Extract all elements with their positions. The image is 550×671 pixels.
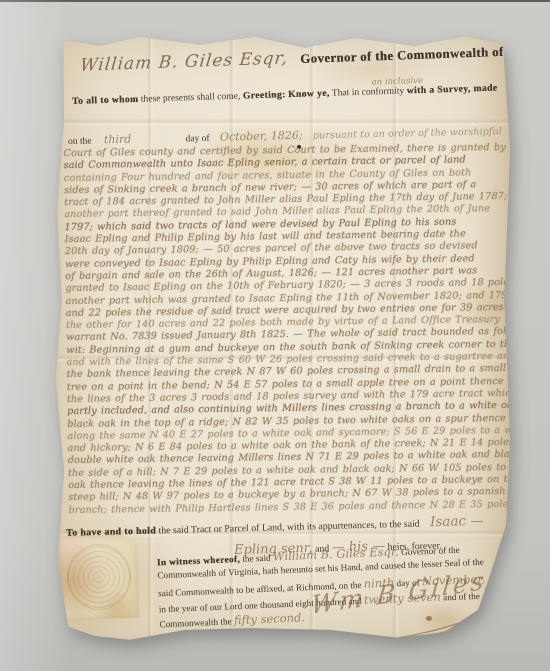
date-print: on the [68, 137, 92, 148]
document-content: William B. Giles Esqr,Governor of the Co… [54, 32, 512, 644]
metes-and-bounds-text: Court of Giles county and certified by s… [63, 142, 506, 517]
survey-month-hand: October, 1826; [220, 129, 303, 144]
date-print: day of [186, 134, 210, 145]
governor-name-script: William B. Giles Esqr, [79, 48, 289, 75]
interlineation-note: an inclusive [372, 76, 424, 88]
photo-top-edge [0, 0, 550, 2]
salutation-knowye: Know ye, [288, 88, 330, 100]
seal-wafer-paper [59, 534, 140, 621]
embossed-seal-icon [66, 543, 132, 611]
salutation-greeting: Greeting: [243, 89, 286, 101]
attestation-text: Governor of the [401, 545, 460, 557]
commonwealth-year-fillin: fifty second. [234, 611, 306, 628]
habendum-text: the said Tract or Parcel of Land, with i… [158, 519, 419, 537]
document-header: William B. Giles Esqr,Governor of the Co… [80, 40, 520, 75]
grantee-name-script: Isaac — [430, 513, 484, 530]
salutation-text: That in conformity [332, 85, 405, 98]
attestation-opening: In witness whereof, [157, 554, 241, 567]
attestation-text: Commonwealth the [159, 617, 232, 630]
governor-title: Governor of the Commonwealth of Virginia… [300, 43, 550, 66]
parchment-sheet: William B. Giles Esqr,Governor of the Co… [54, 32, 512, 644]
salutation-line: To all to whom these presents shall come… [72, 82, 512, 107]
salutation-text: these presents shall come, [141, 91, 241, 105]
attestation-text: the said [242, 553, 271, 564]
salutation-opening: To all to whom [72, 94, 139, 107]
habendum-line: To have and to hold the said Tract or Pa… [66, 512, 510, 540]
handwritten-continuation: pursuant to an order of the worshipful [313, 126, 502, 141]
parchment-document: William B. Giles Esqr,Governor of the Co… [54, 32, 512, 644]
survey-day-hand: third [104, 133, 132, 147]
